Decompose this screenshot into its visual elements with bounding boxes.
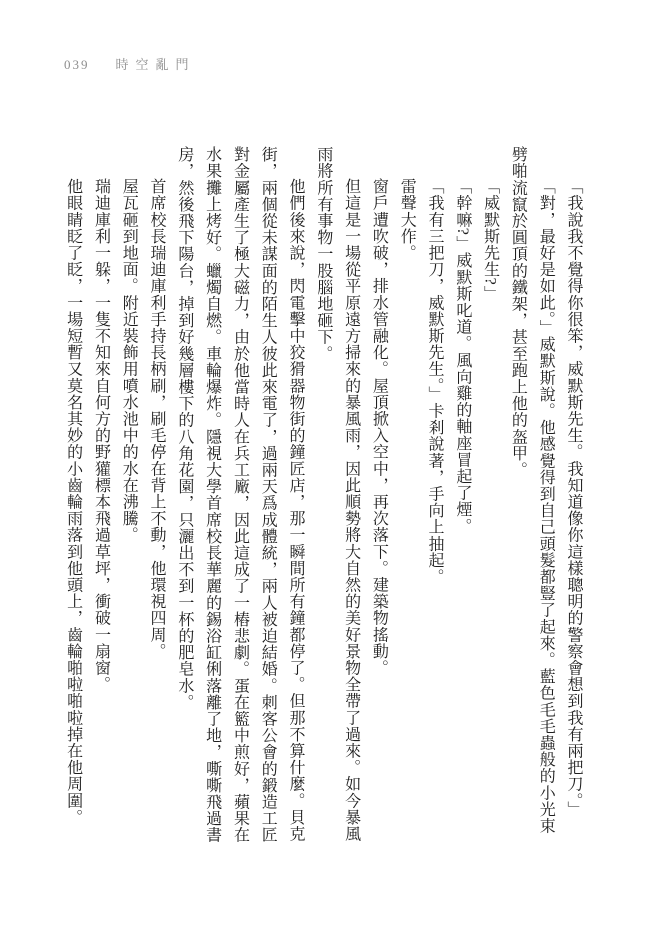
paragraph: 但這是一場從平原遠方掃來的暴風雨，因此順勢將大自然的美好景物全帶了過來。如今暴風… xyxy=(309,146,365,846)
paragraph: 「威默斯先生?」 xyxy=(476,146,504,846)
paragraph: 雷聲大作。 xyxy=(392,146,420,846)
running-head: 039 時空亂門 xyxy=(64,54,196,73)
book-title: 時空亂門 xyxy=(116,54,196,73)
paragraph: 窗戶遭吹破，排水管融化。屋頂掀入空中，再次落下。建築物搖動。 xyxy=(365,146,393,846)
paragraph: 首席校長瑞迪庫利手持長柄刷，刷毛停在背上不動，他環視四周。 xyxy=(142,146,170,846)
page-number: 039 xyxy=(64,57,90,73)
paragraph: 屋瓦砸到地面。附近裝飾用噴水池中的水在沸騰。 xyxy=(114,146,142,846)
body-text: 「我說我不覺得你很笨，威默斯先生。我知道像你這樣聰明的警察會想到我有兩把刀。」 … xyxy=(57,146,587,846)
paragraph: 「幹嘛?」威默斯叱道。風向雞的軸座冒起了煙。 xyxy=(448,146,476,846)
paragraph: 「對，最好是如此。」威默斯說。他感覺得到自己頭髮都豎了起來。藍色毛毛蟲般的小光束… xyxy=(504,146,560,846)
paragraph: 「我說我不覺得你很笨，威默斯先生。我知道像你這樣聰明的警察會想到我有兩把刀。」 xyxy=(559,146,587,846)
paragraph: 瑞迪庫利一躲，一隻不知來自何方的野獾標本飛過草坪，衝破一扇窗。 xyxy=(87,146,115,846)
book-page: 039 時空亂門 「我說我不覺得你很笨，威默斯先生。我知道像你這樣聰明的警察會想… xyxy=(0,0,663,932)
paragraph: 他眼睛眨了眨，一場短暫又莫名其妙的小齒輪雨落到他頭上，齒輪啪啦啪啦掉在他周圍。 xyxy=(59,146,87,846)
paragraph: 他們後來說，閃電擊中狡猾器物街的鐘匠店，那一瞬間所有鐘都停了。但那不算什麼。貝克… xyxy=(170,146,309,846)
paragraph: 「我有三把刀，威默斯先生。」卡剎說著，手向上抽起。 xyxy=(420,146,448,846)
